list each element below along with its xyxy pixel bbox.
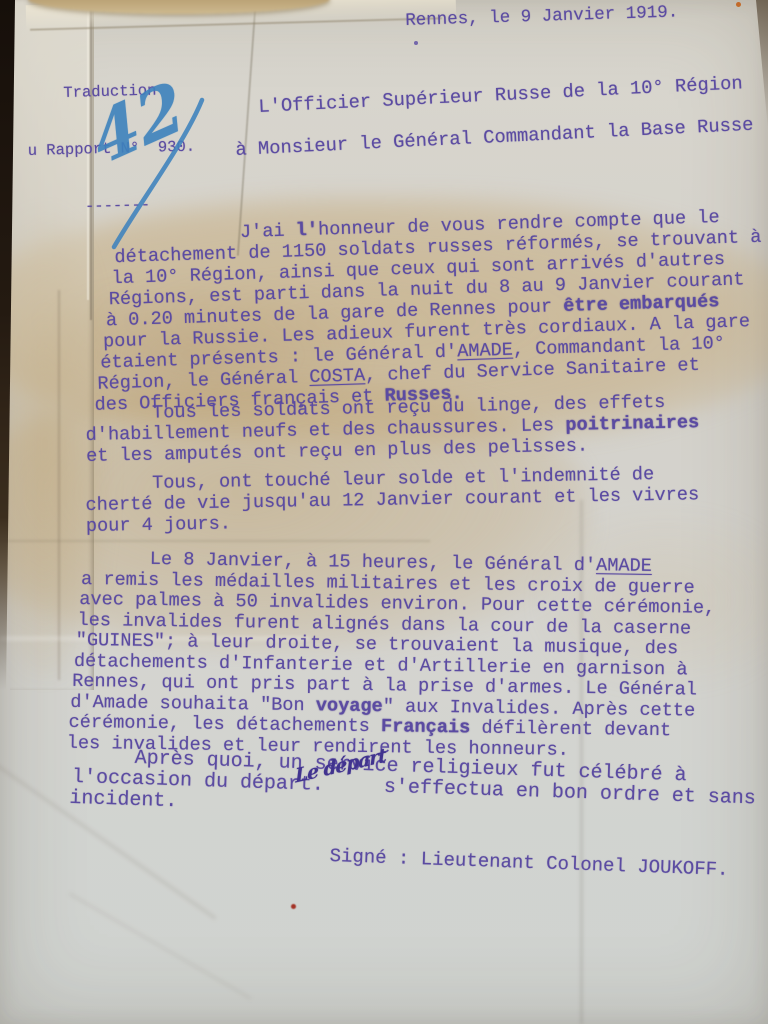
photo-dark-edge-left: [0, 0, 15, 690]
heading-recipient: à Monsieur le Général Commandant la Base…: [235, 114, 754, 161]
paragraph-4: Le 8 Janvier, à 15 heures, le Général d'…: [80, 549, 716, 763]
wrinkle-shadow: [69, 893, 252, 1000]
document-photo: Rennes, le 9 Janvier 1919. Traduction u …: [0, 0, 768, 1024]
stray-ink-dot: [414, 41, 418, 45]
pen-slash-stroke: [98, 92, 218, 257]
paragraph-3: Tous, ont touché leur solde et l'indemni…: [85, 463, 700, 537]
paper-speck: [291, 904, 296, 909]
crease-line: [58, 290, 60, 680]
signature-line: Signé : Lieutenant Colonel JOUKOFF.: [329, 845, 729, 881]
paper-top-edge-highlight: [26, 0, 457, 31]
overlapping-sheet-edge: [28, 0, 330, 14]
photo-dark-edge-right: [752, 0, 768, 130]
paragraph-2: Tous les soldats ont reçu du linge, des …: [85, 391, 700, 467]
paper-speck: [736, 2, 741, 7]
crease-line: [0, 540, 430, 542]
heading-sender: L'Officier Supérieur Russe de la 10° Rég…: [258, 72, 743, 118]
crease-line: [237, 0, 257, 256]
date-line: Rennes, le 9 Janvier 1919.: [405, 2, 679, 31]
paper-top-edge: [30, 17, 442, 31]
